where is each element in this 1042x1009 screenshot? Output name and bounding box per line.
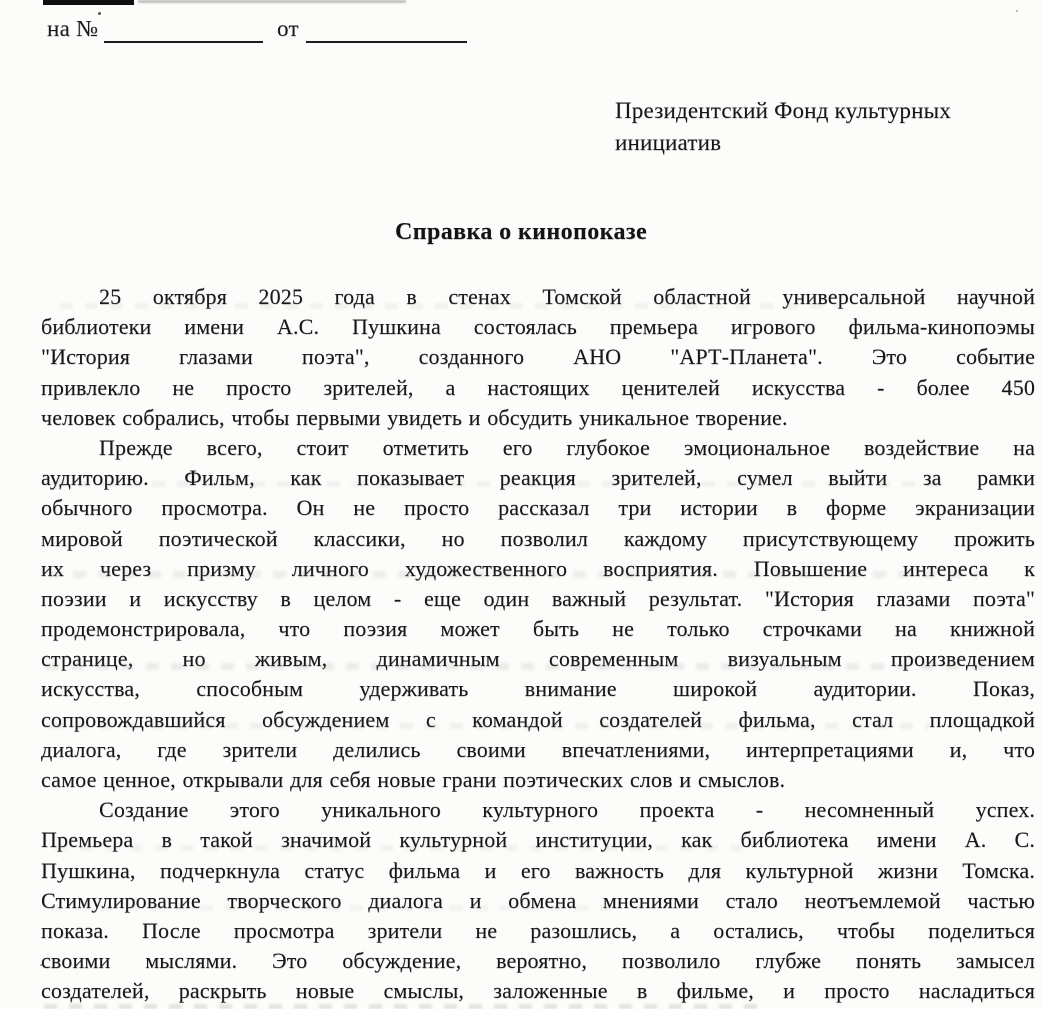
scan-noise <box>48 571 978 578</box>
addressee-line: инициатив <box>615 127 995 159</box>
text-line: обычного просмотра. Он не просто рассказ… <box>41 493 1035 523</box>
scan-noise <box>44 1004 764 1009</box>
text-line: аудиторию. Фильм, как показывает реакция… <box>41 463 1035 493</box>
scan-noise <box>52 481 952 487</box>
ref-number-label: на № <box>47 16 98 42</box>
text-line: показа. После просмотра зрители не разош… <box>41 916 1035 946</box>
text-line: Пушкина, подчеркнула статус фильма и его… <box>41 856 1035 886</box>
text-line: привлекло не просто зрителей, а настоящи… <box>41 373 1035 403</box>
text-line: Создание этого уникального культурного п… <box>41 795 1035 825</box>
text-line: диалога, где зрители делились своими впе… <box>41 735 1035 765</box>
text-line: самое ценное, открывали для себя новые г… <box>41 765 1035 795</box>
text-line: человек собрались, чтобы первыми увидеть… <box>41 403 1035 433</box>
text-line: Стимулирование творческого диалога и обм… <box>41 886 1035 916</box>
addressee-line: Президентский Фонд культурных <box>615 95 995 127</box>
text-line: поэзии и искусству в целом - еще один ва… <box>41 584 1035 614</box>
scanned-document-page: на № от Президентский Фонд культурных ин… <box>0 0 1042 1009</box>
text-line: создателей, раскрыть новые смыслы, залож… <box>41 976 1035 1006</box>
text-line: Премьера в такой значимой культурной инс… <box>41 825 1035 855</box>
text-line: искусства, способным удерживать внимание… <box>41 674 1035 704</box>
scan-noise <box>50 905 610 911</box>
text-line: продемонстрировала, что поэзия может быт… <box>41 614 1035 644</box>
document-body: 25 октября 2025 года в стенах Томской об… <box>41 282 1035 1007</box>
ref-number-blank-line <box>104 41 263 43</box>
text-line: библиотеки имени А.С. Пушкина состоялась… <box>41 312 1035 342</box>
document-title: Справка о кинопоказе <box>0 219 1042 246</box>
scan-noise <box>50 723 930 729</box>
text-line: "История глазами поэта", созданного АНО … <box>41 342 1035 372</box>
scan-noise <box>46 663 996 670</box>
text-line: мировой поэтической классики, но позволи… <box>41 524 1035 554</box>
ref-date-label: от <box>277 16 299 42</box>
letterhead-rule <box>43 0 134 5</box>
text-line: своими мыслями. Это обсуждение, вероятно… <box>41 946 1035 976</box>
scan-noise <box>55 845 755 851</box>
text-line: сопровождавшийся обсуждением с командой … <box>41 705 1035 735</box>
letterhead-rule-faint <box>138 0 406 3</box>
addressee-block: Президентский Фонд культурных инициатив <box>615 95 995 158</box>
scan-noise <box>60 303 840 309</box>
text-line: Прежде всего, стоит отметить его глубоко… <box>41 433 1035 463</box>
scan-speck <box>98 12 101 15</box>
scan-speck <box>1016 10 1018 12</box>
ref-date-blank-line <box>306 41 467 43</box>
scan-speck <box>40 964 43 966</box>
text-line: их через призму личного художественного … <box>41 554 1035 584</box>
